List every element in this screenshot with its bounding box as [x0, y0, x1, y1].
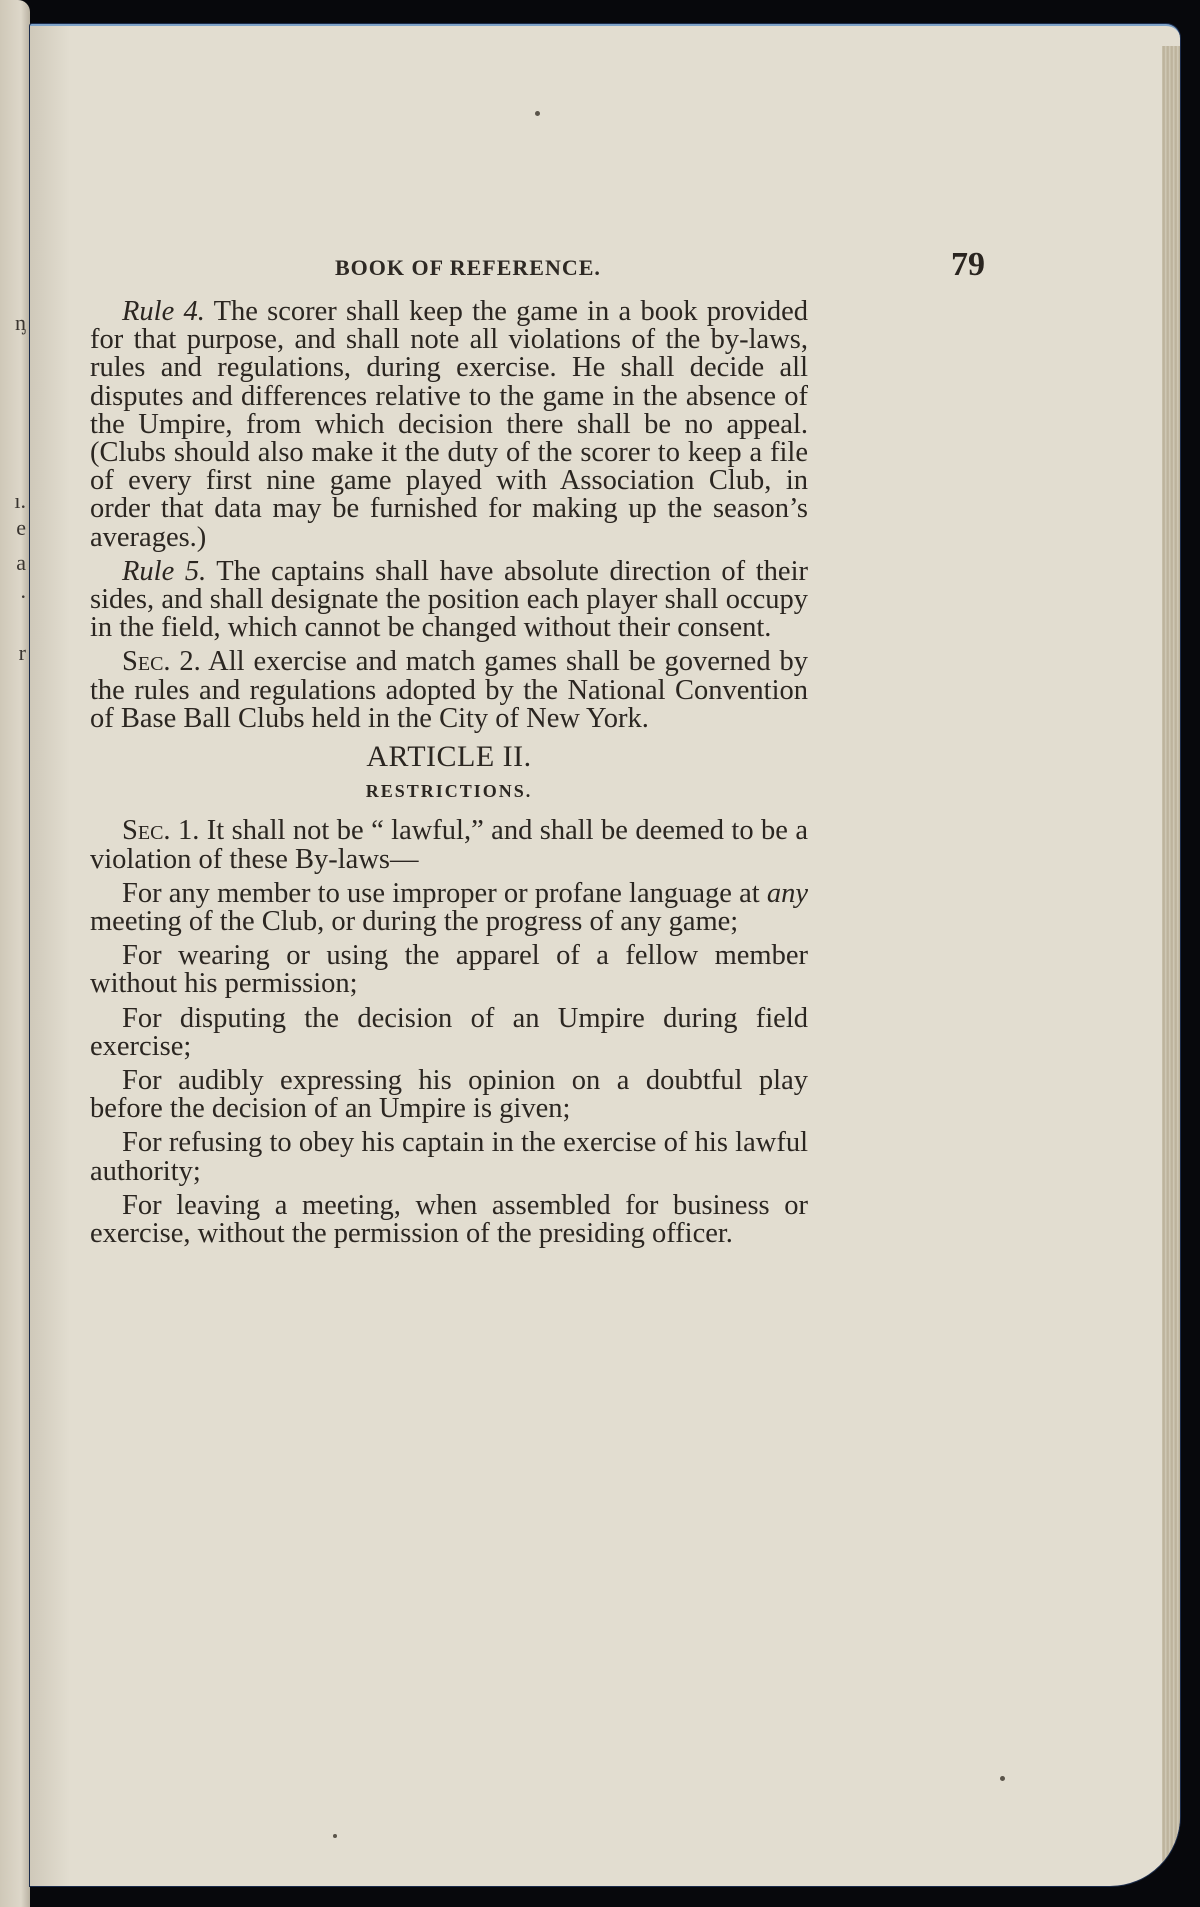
paragraph-text: For disputing the decision of an Umpire … — [90, 1003, 808, 1062]
facing-page-fragment: a — [16, 550, 26, 576]
paragraph-item-refusing: For refusing to obey his captain in the … — [90, 1129, 808, 1185]
paragraph-text: For leaving a meeting, when assembled fo… — [90, 1190, 808, 1249]
paragraph-item-language: For any member to use improper or profan… — [90, 880, 808, 936]
paragraph-item-leaving: For leaving a meeting, when assembled fo… — [90, 1192, 808, 1248]
page-number: 79 — [951, 246, 985, 284]
facing-page-fragment: r — [19, 640, 26, 666]
section-label: Sec. 1. — [122, 815, 199, 846]
running-head: BOOK OF REFERENCE. 79 — [335, 246, 995, 284]
facing-page-fragment: ᶇ — [15, 310, 26, 336]
page-fore-edge — [1162, 46, 1180, 1866]
rule-label: Rule 4. — [122, 296, 205, 327]
paragraph-sec-2: Sec. 2. All exercise and match games sha… — [90, 648, 808, 733]
book-page: BOOK OF REFERENCE. 79 Rule 4. The scorer… — [30, 24, 1180, 1886]
emphasis-text: any — [767, 878, 808, 909]
scanned-page-image: ᶇ ı. e a . r BOOK OF REFERENCE. 79 Rule … — [0, 0, 1200, 1907]
facing-page-text-fragments: ᶇ ı. e a . r — [0, 0, 28, 1907]
paragraph-lead-text: For any member to use improper or profan… — [122, 878, 760, 909]
paragraph-item-apparel: For wearing or using the apparel of a fe… — [90, 942, 808, 998]
paper-speck — [333, 1834, 337, 1838]
article-subheading: RESTRICTIONS. — [90, 777, 808, 805]
rule-label: Rule 5. — [122, 556, 206, 587]
running-head-title: BOOK OF REFERENCE. — [335, 255, 601, 281]
paragraph-text: meeting of the Club, or during the progr… — [90, 906, 738, 937]
facing-page-fragment: e — [16, 515, 26, 541]
paragraph-rule-4: Rule 4. The scorer shall keep the game i… — [90, 298, 808, 552]
paragraph-rule-5: Rule 5. The captains shall have absolute… — [90, 558, 808, 643]
facing-page-fragment: ı. — [14, 488, 26, 514]
section-label: Sec. 2. — [122, 646, 201, 677]
facing-page-fragment: . — [21, 578, 27, 604]
paper-speck — [535, 111, 540, 116]
paragraph-sec-1: Sec. 1. It shall not be “ lawful,” and s… — [90, 817, 808, 873]
paragraph-text: For refusing to obey his captain in the … — [90, 1127, 808, 1186]
paragraph-item-disputing: For disputing the decision of an Umpire … — [90, 1005, 808, 1061]
body-text: Rule 4. The scorer shall keep the game i… — [90, 298, 808, 1254]
paragraph-text: For wearing or using the apparel of a fe… — [90, 940, 808, 999]
paper-speck — [1000, 1776, 1005, 1781]
article-heading: ARTICLE II. — [90, 743, 808, 771]
paragraph-text: The scorer shall keep the game in a book… — [90, 296, 808, 553]
paragraph-text: For audibly expressing his opinion on a … — [90, 1065, 808, 1124]
paragraph-item-opinion: For audibly expressing his opinion on a … — [90, 1067, 808, 1123]
